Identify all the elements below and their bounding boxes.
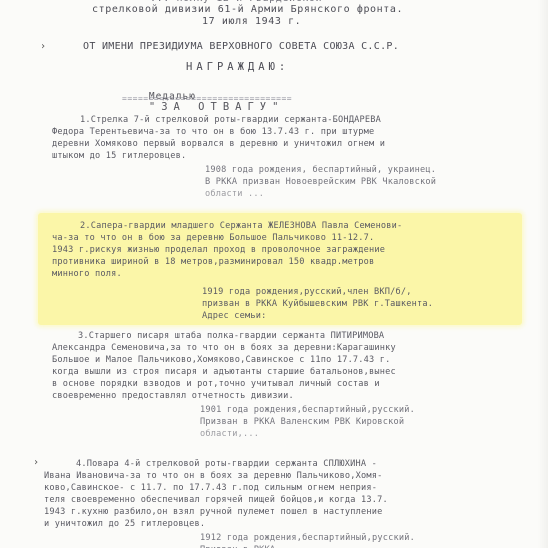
entry-4-line-4: теля своевременно обеспечивал горячей пи… [44, 495, 388, 505]
award-verb-heading: НАГРАЖДАЮ: [186, 62, 289, 72]
entry-3-line-5: в основе порядки взводов и рот,точно учи… [52, 379, 380, 389]
entry-3-line-6: своевременно предоставлял отчетность див… [52, 391, 294, 401]
entry-1-bio-2: В РККА призван Новоеврейским РВК Чкаловс… [205, 177, 436, 187]
entry-1-line-1: 1.Стрелка 7-й стрелковой роты-гвардии се… [80, 115, 381, 125]
entry-2-line-1: 2.Сапера-гвардии младшего Сержанта ЖЕЛЕЗ… [80, 221, 402, 231]
margin-tick-mark-2: › [33, 457, 39, 468]
entry-1-bio-1: 1908 года рождения, беспартийный, украин… [205, 165, 436, 175]
authority-line: ОТ ИМЕНИ ПРЕЗИДИУМА ВЕРХОВНОГО СОВЕТА СО… [83, 42, 399, 52]
scanned-award-order-page: ... полку 12-й Гвардейской стрелковой ди… [0, 0, 548, 548]
entry-1-line-3: деревни Хомяково первый ворвался в дерев… [52, 139, 385, 149]
entry-2-line-3: 1943 г.рискуя жизнью проделал проход в п… [52, 245, 385, 255]
entry-3-line-3: Большое и Малое Пальчиково,Хомяково,Сави… [52, 355, 391, 365]
entry-3-line-2: Александра Семеновича,за то что он в боя… [52, 343, 396, 353]
entry-3-bio-1: 1901 года рождения,беспартийный,русский. [200, 405, 415, 415]
entry-4-line-2: Ивана Ивановича-за то что он в боях за д… [44, 471, 383, 481]
entry-1-line-2: Федора Терентьевича-за то что он в бою 1… [52, 127, 374, 137]
medal-underline: ================================ [122, 94, 292, 104]
entry-2-bio-3: Адрес семьи: [202, 311, 267, 321]
entry-2-line-4: противника шириной в 18 метров,разминиро… [52, 257, 374, 267]
entry-2-bio-2: призван в РККА Куйбышевским РВК г.Ташкен… [202, 299, 433, 309]
entry-2-line-2: ча-за то что он в бою за деревню Большое… [52, 233, 374, 243]
entry-4-line-5: 1943 г.кухню разбило,он взял ручной пуле… [44, 507, 383, 517]
entry-4-line-3: ково,Савинское- с 11.7. по 17.7.43 г.под… [44, 483, 377, 493]
entry-2-bio-1: 1919 года рождения,русский,член ВКП/б/, [202, 287, 412, 297]
header-line-date: 17 июля 1943 г. [202, 17, 301, 27]
entry-2-line-5: минного поля. [52, 269, 122, 279]
entry-3-bio-2: Призван в РККА Валенским РВК Кировской [200, 417, 404, 427]
entry-3-line-4: когда вышли из строя писаря и адъютанты … [52, 367, 396, 377]
entry-1-line-4: штыком до 15 гитлеровцев. [52, 151, 186, 161]
entry-4-line-1: 4.Повара 4-й стрелковой роты-гвардии сер… [76, 459, 377, 469]
page-edge-shadow [538, 0, 548, 548]
margin-tick-mark: › [40, 41, 46, 52]
entry-1-bio-3: области ... [205, 189, 264, 199]
entry-4-line-6: и уничтожил до 25 гитлеровцев. [44, 519, 205, 529]
header-line-division: стрелковой дивизии 61-й Армии Брянского … [92, 5, 403, 15]
entry-3-line-1: 3.Старшего писаря штаба полка-гвардии се… [78, 331, 384, 341]
entry-4-bio-1: 1912 года рождения,беспартийный,русский. [200, 533, 415, 543]
entry-3-bio-3: области,... [200, 429, 259, 439]
